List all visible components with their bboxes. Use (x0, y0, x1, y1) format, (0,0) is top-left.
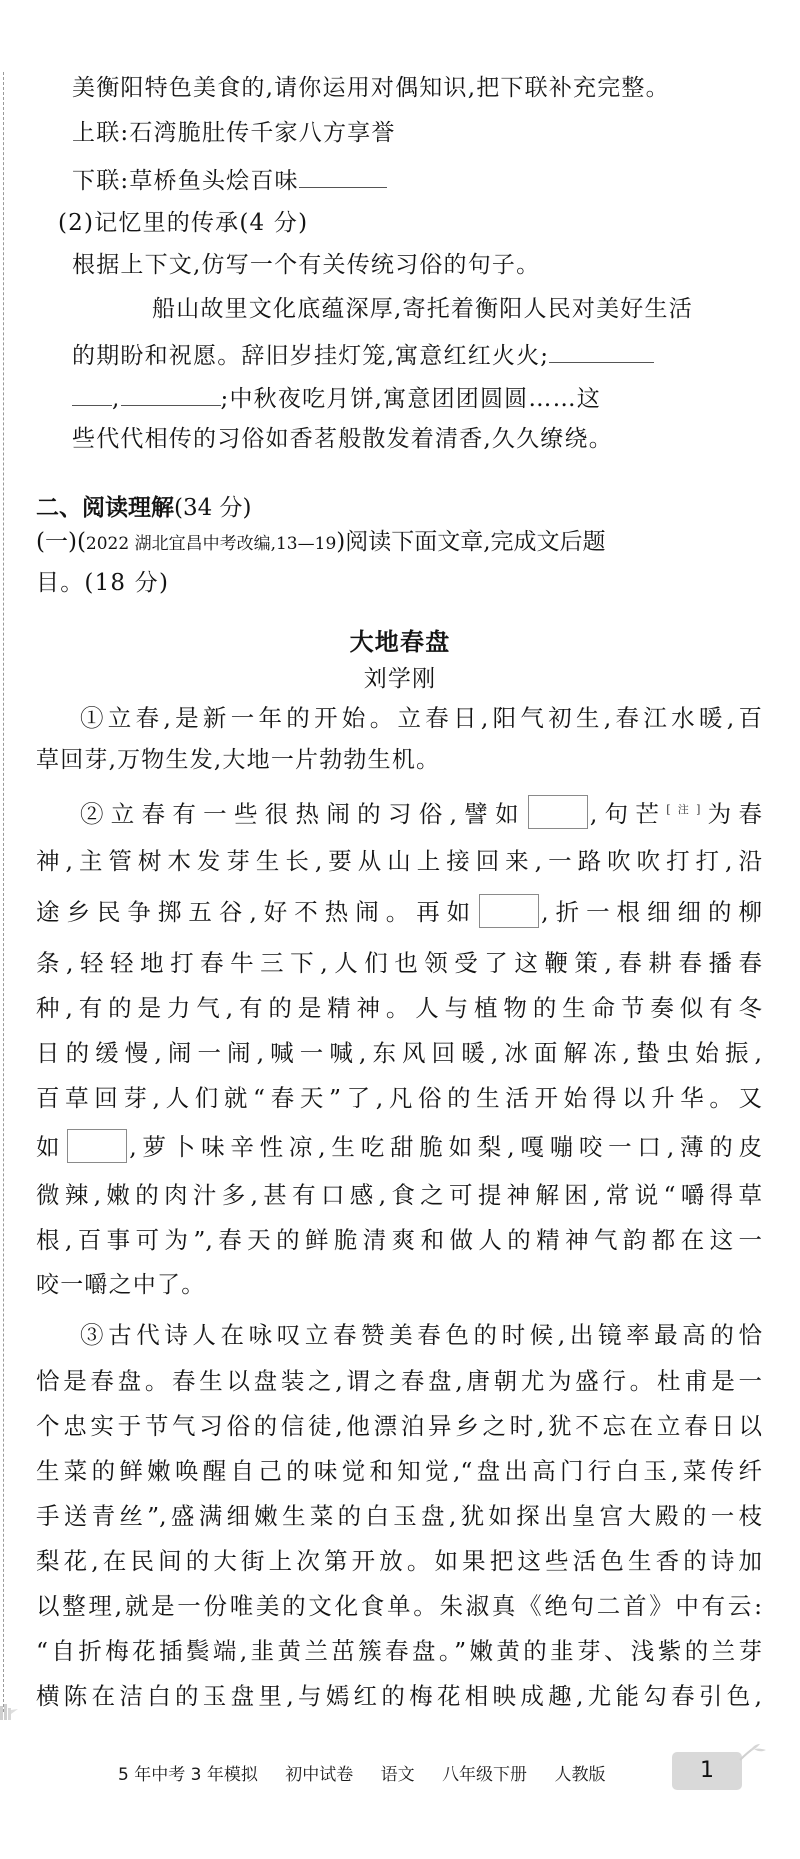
paragraph-3-line: 个忠实于节气习俗的信徒,他漂泊异乡之时,犹不忘在立春日以 (36, 1411, 762, 1441)
page-corner-decoration-icon (0, 1700, 18, 1724)
leaf-branch-icon (738, 1742, 768, 1762)
paragraph-2-line: 百草回芽,人们就“春天”了,凡俗的生活开始得以升华。又 (36, 1083, 762, 1113)
question-2-heading: (2)记忆里的传承(4 分) (58, 208, 308, 238)
paragraph-text: ,折一根细细的柳 (541, 898, 762, 926)
section-points: (34 分) (174, 495, 252, 521)
answer-blank-1[interactable] (549, 338, 654, 363)
paragraph-3-line: 恰是春盘。春生以盘装之,谓之春盘,唐朝尤为盛行。杜甫是一 (36, 1366, 762, 1396)
passage-line: ,;中秋夜吃月饼,寓意团团圆圆……这 (72, 381, 601, 414)
paragraph-2-line: ②立春有一些很热闹的习俗,譬如,句芒[注]为春 (80, 795, 762, 829)
passage-line: 的期盼和祝愿。辞旧岁挂灯笼,寓意红红火火; (72, 338, 654, 371)
answer-box-2[interactable] (479, 894, 539, 928)
answer-blank-couplet[interactable] (299, 163, 387, 188)
paragraph-3-line: 以整理,就是一份唯美的文化食单。朱淑真《绝句二首》中有云: (36, 1591, 762, 1621)
paragraph-2-line: 神,主管树木发芽生长,要从山上接回来,一路吹吹打打,沿 (36, 846, 762, 876)
question-2-instruction: 根据上下文,仿写一个有关传统习俗的句子。 (72, 250, 540, 280)
binding-dashed-line (3, 72, 4, 1712)
paragraph-2-line: 根,百事可为”,春天的鲜脆清爽和做人的精神气韵都在这一 (36, 1225, 762, 1255)
paragraph-2-line: 微辣,嫩的肉汁多,甚有口感,食之可提神解困,常说“嚼得草 (36, 1180, 762, 1210)
lower-couplet: 下联:草桥鱼头烩百味 (72, 163, 387, 196)
answer-blank-3[interactable] (121, 381, 221, 406)
paragraph-1-line: 草回芽,万物生发,大地一片勃勃生机。 (36, 745, 440, 775)
subsection-source: 2022 湖北宜昌中考改编,13—19 (86, 534, 336, 554)
footer-grade: 八年级下册 (442, 1765, 527, 1785)
paragraph-3-line: 生菜的鲜嫩唤醒自己的味觉和知觉,“盘出高门行白玉,菜传纤 (36, 1456, 762, 1486)
paragraph-2-line: 咬一嚼之中了。 (36, 1270, 205, 1300)
article-title: 大地春盘 (0, 627, 800, 657)
paragraph-text: 途乡民争掷五谷,好不热闹。再如 (36, 898, 477, 926)
subsection-heading-cont: 目。(18 分) (36, 568, 169, 598)
paragraph-3-line: 梨花,在民间的大街上次第开放。如果把这些活色生香的诗加 (36, 1546, 762, 1576)
answer-box-1[interactable] (528, 795, 588, 829)
passage-text: ;中秋夜吃月饼,寓意团团圆圆……这 (221, 386, 601, 412)
answer-box-3[interactable] (67, 1129, 127, 1163)
footnote-marker[interactable]: [注] (666, 803, 700, 816)
subsection-heading: (一)(2022 湖北宜昌中考改编,13—19)阅读下面文章,完成文后题 (36, 527, 606, 559)
paragraph-2-line: 途乡民争掷五谷,好不热闹。再如,折一根细细的柳 (36, 897, 762, 928)
upper-couplet: 上联:石湾脆肚传千家八方享誉 (72, 118, 396, 148)
answer-blank-2[interactable] (72, 381, 112, 406)
paragraph-3-line: 手送青丝”,盛满细嫩生菜的白玉盘,犹如探出皇宫大殿的一枝 (36, 1501, 762, 1531)
question-intro: 美衡阳特色美食的,请你运用对偶知识,把下联补充完整。 (72, 73, 670, 103)
passage-line: 船山故里文化底蕴深厚,寄托着衡阳人民对美好生活 (152, 294, 693, 324)
paragraph-1-line: ①立春,是新一年的开始。立春日,阳气初生,春江水暖,百 (80, 703, 762, 733)
subsection-prefix: (一)( (36, 529, 86, 555)
footer-series: 5 年中考 3 年模拟 (118, 1765, 258, 1785)
footer-subject: 语文 (381, 1765, 415, 1785)
footer-type: 初中试卷 (285, 1765, 353, 1785)
section-heading: 二、阅读理解(34 分) (36, 493, 252, 523)
paragraph-text: ②立春有一些很热闹的习俗,譬如 (80, 800, 526, 828)
paragraph-2-line: 条,轻轻地打春牛三下,人们也领受了这鞭策,春耕春播春 (36, 948, 762, 978)
article-author: 刘学刚 (0, 664, 800, 694)
paragraph-text: 为春 (700, 800, 762, 828)
paragraph-text: ,萝卜味辛性凉,生吃甜脆如梨,嘎嘣咬一口,薄的皮 (129, 1133, 762, 1161)
paragraph-2-line: 日的缓慢,闹一闹,喊一喊,东风回暖,冰面解冻,蛰虫始振, (36, 1038, 762, 1068)
page-footer: 5 年中考 3 年模拟 初中试卷 语文 八年级下册 人教版 (118, 1760, 627, 1785)
paragraph-text: 如 (36, 1133, 65, 1161)
paragraph-2-line: 如,萝卜味辛性凉,生吃甜脆如梨,嘎嘣咬一口,薄的皮 (36, 1132, 762, 1163)
section-title: 二、阅读理解 (36, 495, 174, 521)
paragraph-3-line: “自折梅花插鬓端,韭黄兰茁簇春盘。”嫩黄的韭芽、浅紫的兰芽 (36, 1636, 762, 1666)
paragraph-3-line: 横陈在洁白的玉盘里,与嫣红的梅花相映成趣,尤能勾春引色, (36, 1681, 762, 1711)
lower-couplet-text: 下联:草桥鱼头烩百味 (72, 168, 299, 194)
paragraph-3-line: ③古代诗人在咏叹立春赞美春色的时候,出镜率最高的恰 (80, 1320, 762, 1350)
passage-line: 些代代相传的习俗如香茗般散发着清香,久久缭绕。 (72, 424, 613, 454)
comma: , (112, 386, 121, 412)
footer-edition: 人教版 (554, 1765, 605, 1785)
passage-text: 的期盼和祝愿。辞旧岁挂灯笼,寓意红红火火; (72, 343, 549, 369)
paragraph-2-line: 种,有的是力气,有的是精神。人与植物的生命节奏似有冬 (36, 993, 762, 1023)
subsection-instruction: )阅读下面文章,完成文后题 (336, 529, 605, 555)
paragraph-text: ,句芒 (590, 800, 666, 828)
page-number: 1 (672, 1752, 742, 1790)
